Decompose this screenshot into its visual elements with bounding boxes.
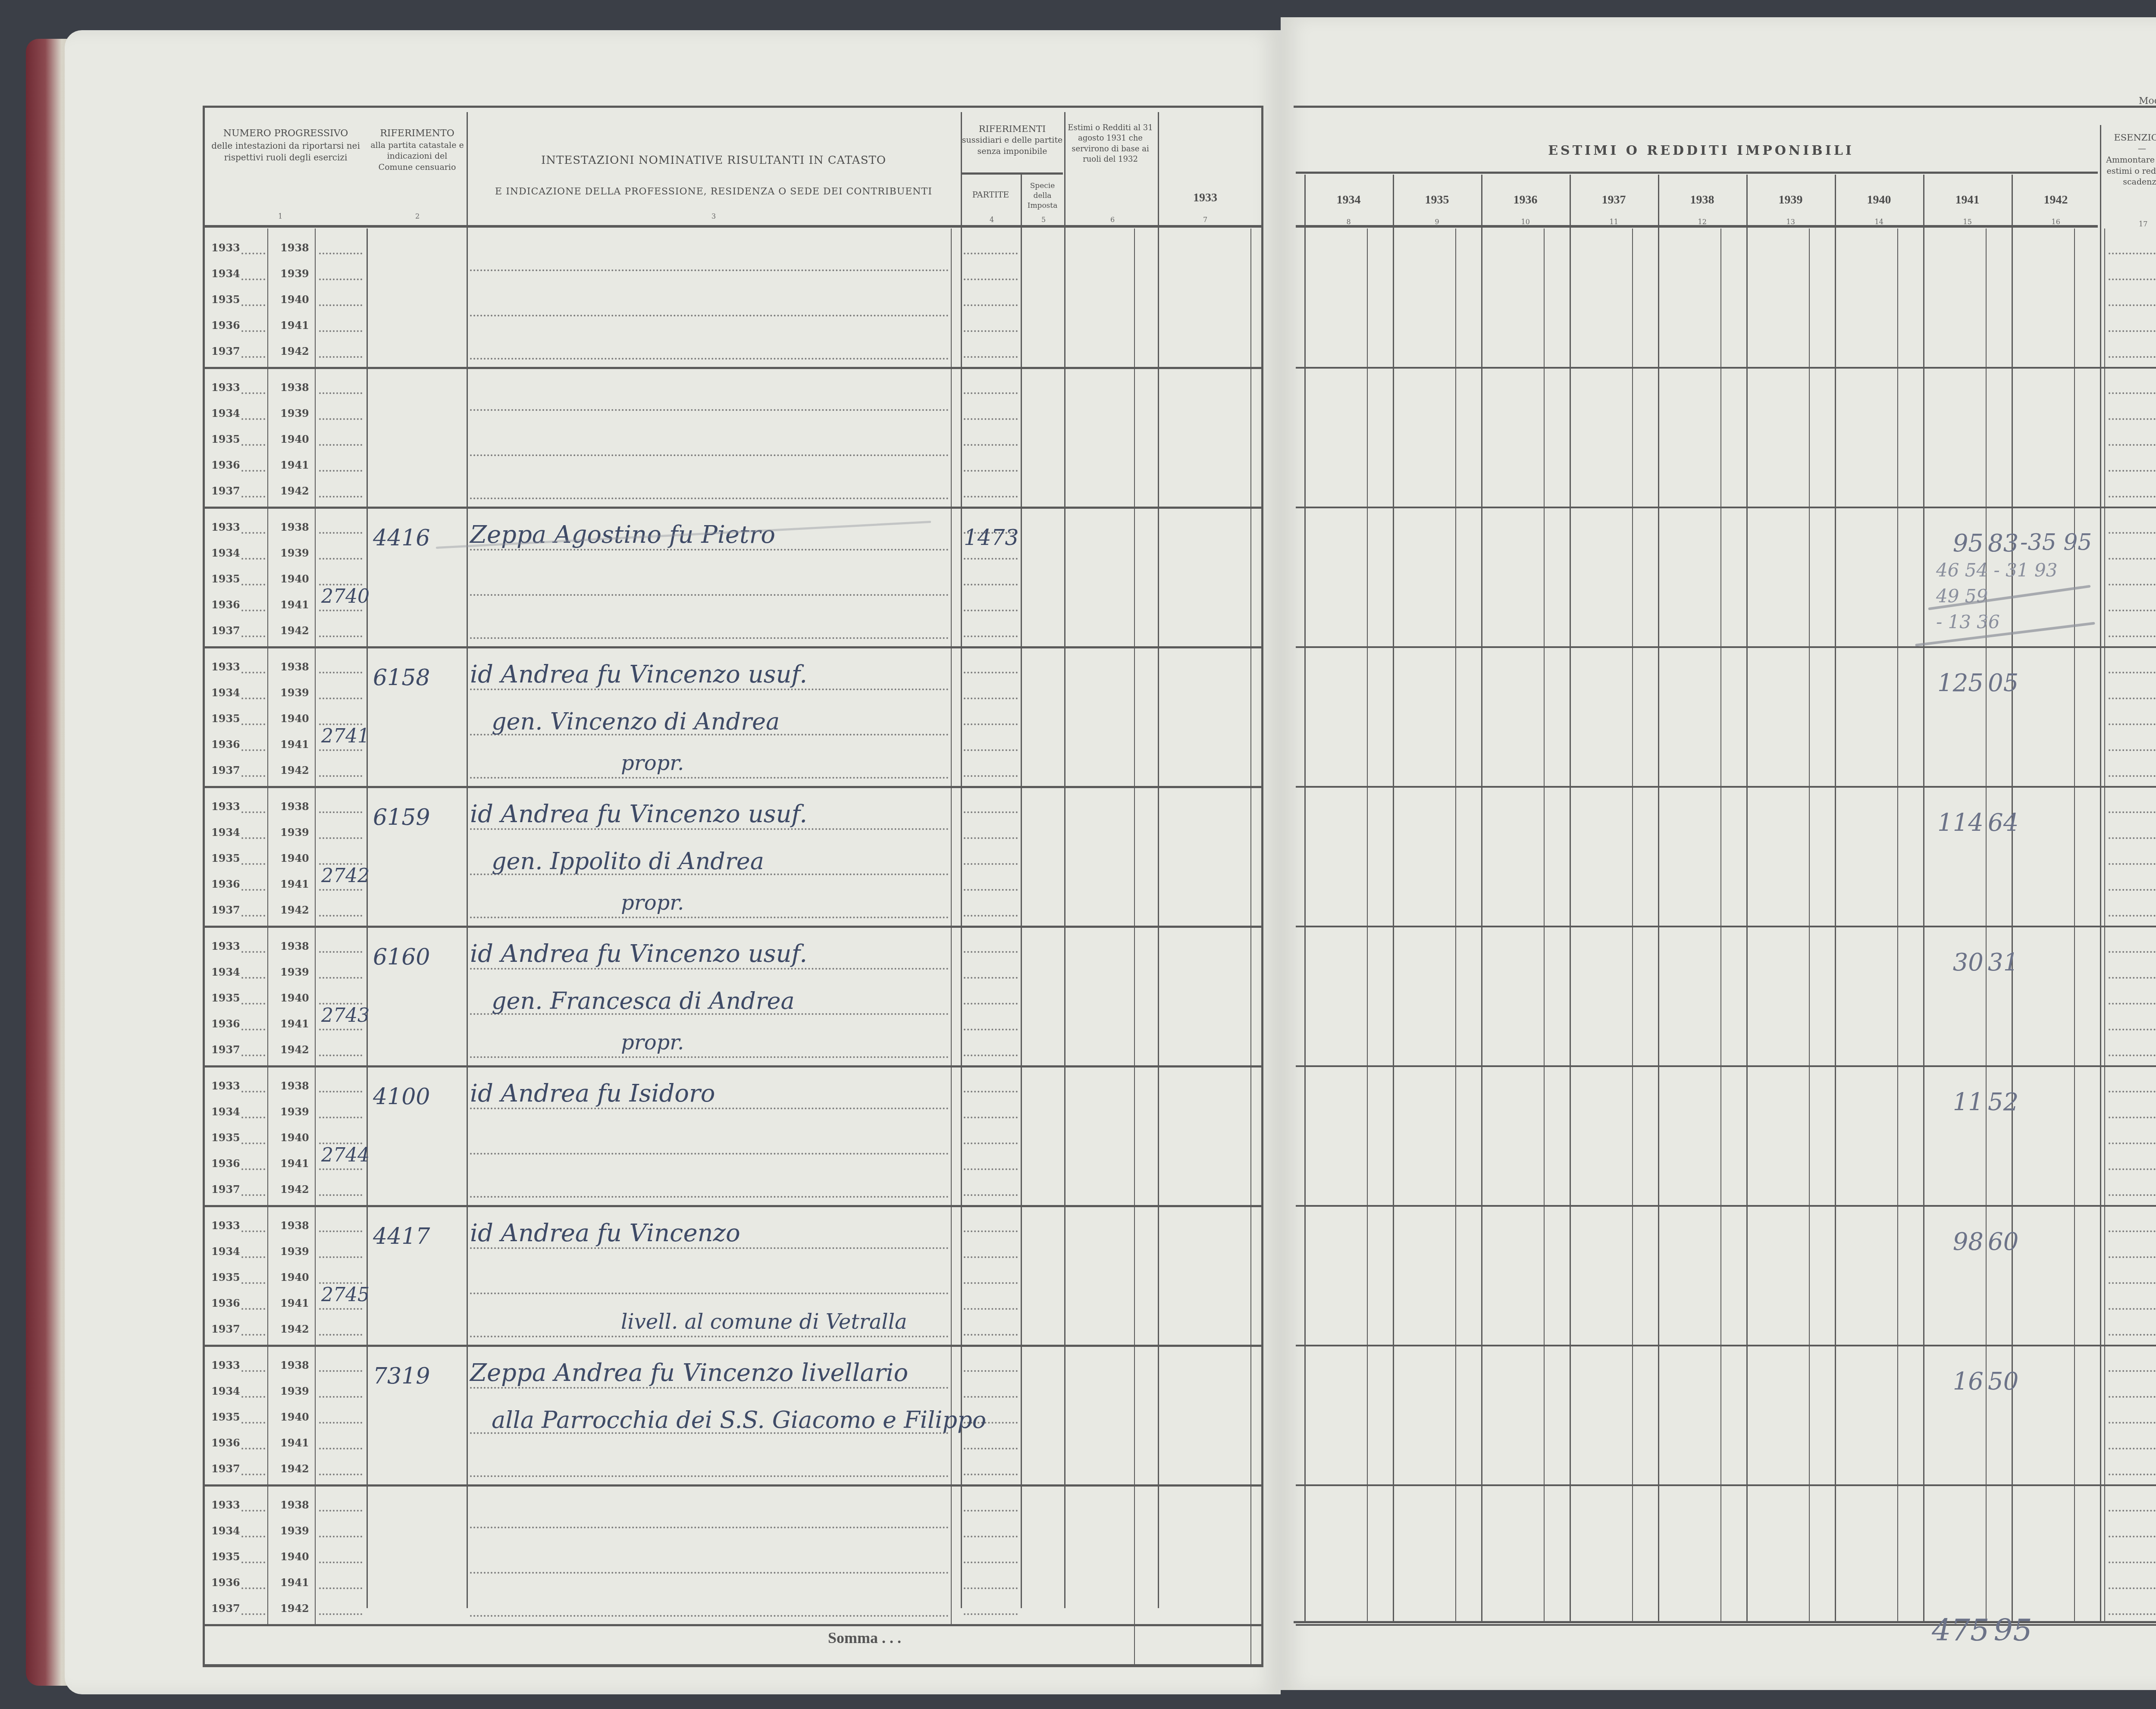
dotted-rule bbox=[2109, 470, 2156, 472]
year-label: 1938 bbox=[280, 521, 309, 533]
dotted-rule bbox=[2109, 863, 2156, 865]
dotted-rule bbox=[964, 1562, 1018, 1563]
year-label: 1935 bbox=[211, 852, 240, 864]
dotted-rule bbox=[241, 1562, 265, 1563]
dotted-rule bbox=[319, 496, 362, 498]
dotted-rule bbox=[964, 698, 1018, 699]
dotted-rule bbox=[470, 549, 949, 551]
estimo-1941-decimal: 64 bbox=[1988, 809, 2018, 837]
dotted-rule bbox=[470, 637, 949, 639]
year-label: 1938 bbox=[280, 1080, 309, 1092]
year-label: 1938 bbox=[280, 1219, 309, 1232]
dotted-rule bbox=[319, 330, 362, 332]
header-col5: Specie della Imposta bbox=[1022, 181, 1063, 211]
year-label: 1935 bbox=[211, 1131, 240, 1144]
dotted-rule bbox=[964, 1536, 1018, 1537]
row-divider bbox=[203, 1065, 1263, 1067]
dotted-rule bbox=[241, 304, 265, 306]
dotted-rule bbox=[964, 1510, 1018, 1512]
year-label: 1939 bbox=[280, 1524, 309, 1537]
dotted-rule bbox=[964, 1334, 1018, 1336]
dotted-rule bbox=[470, 498, 949, 499]
year-label: 1938 bbox=[280, 1499, 309, 1511]
dotted-rule bbox=[2109, 304, 2156, 306]
dotted-rule bbox=[2109, 610, 2156, 611]
year-label: 1940 bbox=[280, 1411, 309, 1423]
year-label: 1934 bbox=[211, 1245, 240, 1258]
row-divider bbox=[1296, 507, 2156, 508]
dotted-rule bbox=[319, 1256, 362, 1258]
year-label: 1935 bbox=[211, 992, 240, 1004]
row-divider bbox=[203, 1205, 1263, 1207]
estimo-1941-decimal: 83 bbox=[1988, 529, 2018, 557]
year-label: 1935 bbox=[211, 573, 240, 585]
dotted-rule bbox=[2109, 1613, 2156, 1615]
dotted-rule bbox=[470, 454, 949, 456]
year-label: 1940 bbox=[280, 712, 309, 725]
dotted-rule bbox=[319, 532, 362, 534]
year-label: 1942 bbox=[280, 904, 309, 916]
dotted-rule bbox=[470, 1056, 949, 1058]
dotted-rule bbox=[2109, 749, 2156, 751]
dotted-rule bbox=[319, 672, 362, 673]
column-rule bbox=[1158, 112, 1159, 1608]
dotted-rule bbox=[2109, 330, 2156, 332]
dotted-rule bbox=[964, 723, 1018, 725]
dotted-rule bbox=[470, 1572, 949, 1574]
dotted-rule bbox=[319, 279, 362, 280]
dotted-rule bbox=[964, 1370, 1018, 1372]
year-label: 1942 bbox=[280, 1602, 309, 1615]
year-label: 1940 bbox=[280, 992, 309, 1004]
estimo-1941-decimal: 05 bbox=[1988, 669, 2018, 697]
somma-divider bbox=[203, 1665, 1263, 1667]
row-divider bbox=[203, 367, 1263, 369]
year-label: 1941 bbox=[280, 1297, 309, 1309]
dotted-rule bbox=[319, 1536, 362, 1537]
dotted-rule bbox=[241, 698, 265, 699]
row-divider bbox=[1296, 926, 2156, 927]
dotted-rule bbox=[964, 1091, 1018, 1092]
dotted-rule bbox=[964, 496, 1018, 498]
intestazione-line-2: gen. Francesca di Andrea bbox=[492, 987, 795, 1014]
column-rule bbox=[1064, 112, 1065, 1608]
dotted-rule bbox=[241, 723, 265, 725]
dotted-rule bbox=[241, 1474, 265, 1475]
year-label: 1935 bbox=[211, 1271, 240, 1283]
year-label: 1939 bbox=[280, 1245, 309, 1258]
year-label: 1942 bbox=[280, 624, 309, 637]
dotted-rule bbox=[241, 915, 265, 917]
dotted-rule bbox=[964, 1117, 1018, 1118]
dotted-rule bbox=[2109, 672, 2156, 673]
column-rule bbox=[1134, 228, 1135, 1664]
partita-reference: 6158 bbox=[373, 665, 430, 691]
dotted-rule bbox=[319, 1448, 362, 1449]
dotted-rule bbox=[2109, 496, 2156, 498]
intestazione-line-3: propr. bbox=[621, 1030, 684, 1055]
partita-reference: 6160 bbox=[373, 944, 430, 970]
year-label: 1939 bbox=[280, 826, 309, 839]
dotted-rule bbox=[964, 915, 1018, 917]
column-rule bbox=[1393, 175, 1394, 1623]
dotted-rule bbox=[2109, 1334, 2156, 1336]
dotted-rule bbox=[2109, 1587, 2156, 1589]
dotted-rule bbox=[964, 356, 1018, 358]
header-year-1942: 1942 bbox=[2012, 192, 2100, 208]
col5-number: 5 bbox=[1039, 216, 1048, 224]
dotted-rule bbox=[319, 1370, 362, 1372]
year-label: 1939 bbox=[280, 267, 309, 280]
dotted-rule bbox=[2109, 1256, 2156, 1258]
dotted-rule bbox=[241, 1536, 265, 1537]
year-label: 1933 bbox=[211, 660, 240, 673]
year-label: 1940 bbox=[280, 433, 309, 445]
total-1941: 47595 bbox=[1932, 1612, 2032, 1648]
dotted-rule bbox=[470, 1336, 949, 1337]
dotted-rule bbox=[319, 889, 362, 891]
column-rule bbox=[1481, 175, 1482, 1623]
dotted-rule bbox=[2109, 698, 2156, 699]
dotted-rule bbox=[241, 977, 265, 979]
year-label: 1934 bbox=[211, 686, 240, 699]
year-label: 1933 bbox=[211, 241, 240, 254]
progressive-number: 2744 bbox=[321, 1144, 370, 1166]
dotted-rule bbox=[2109, 392, 2156, 394]
year-label: 1934 bbox=[211, 826, 240, 839]
dotted-rule bbox=[319, 610, 362, 611]
dotted-rule bbox=[319, 1230, 362, 1232]
year-label: 1934 bbox=[211, 1524, 240, 1537]
dotted-rule bbox=[319, 1396, 362, 1398]
header-year-1936: 1936 bbox=[1481, 192, 1570, 208]
dotted-rule bbox=[319, 977, 362, 979]
dotted-rule bbox=[2109, 1370, 2156, 1372]
dotted-rule bbox=[2109, 584, 2156, 585]
dotted-rule bbox=[2109, 279, 2156, 280]
dotted-rule bbox=[964, 775, 1018, 777]
dotted-rule bbox=[319, 392, 362, 394]
intestazione-line-3: propr. bbox=[621, 891, 684, 915]
dotted-rule bbox=[2109, 1029, 2156, 1030]
dotted-rule bbox=[964, 1613, 1018, 1615]
dotted-rule bbox=[2109, 444, 2156, 446]
dotted-rule bbox=[319, 1562, 362, 1563]
dotted-rule bbox=[319, 418, 362, 420]
dotted-rule bbox=[241, 1029, 265, 1030]
dotted-rule bbox=[241, 356, 265, 358]
progressive-number: 2743 bbox=[321, 1005, 370, 1027]
year-label: 1940 bbox=[280, 573, 309, 585]
dotted-rule bbox=[964, 330, 1018, 332]
dotted-rule bbox=[319, 837, 362, 839]
dotted-rule bbox=[241, 749, 265, 751]
year-label: 1940 bbox=[280, 1131, 309, 1144]
dotted-rule bbox=[2109, 1282, 2156, 1284]
dotted-rule bbox=[470, 1615, 949, 1617]
dotted-rule bbox=[319, 1029, 362, 1030]
dotted-rule bbox=[470, 1153, 949, 1155]
column-rule bbox=[1304, 175, 1306, 1623]
intestazione-line-1: id Andrea fu Vincenzo bbox=[470, 1219, 740, 1247]
dotted-rule bbox=[964, 1142, 1018, 1144]
intestazione-line-1: Zeppa Andrea fu Vincenzo livellario bbox=[470, 1359, 908, 1387]
dotted-rule bbox=[964, 610, 1018, 611]
year-label: 1938 bbox=[280, 800, 309, 813]
dotted-rule bbox=[964, 418, 1018, 420]
dotted-rule bbox=[241, 1003, 265, 1005]
row-divider bbox=[1296, 1205, 2156, 1207]
year-label: 1934 bbox=[211, 267, 240, 280]
dotted-rule bbox=[241, 1613, 265, 1615]
year-label: 1937 bbox=[211, 764, 240, 776]
dotted-rule bbox=[470, 689, 949, 690]
dotted-rule bbox=[2109, 1448, 2156, 1449]
col7-number: 7 bbox=[1201, 216, 1210, 224]
year-label: 1941 bbox=[280, 1017, 309, 1030]
col1-number: 1 bbox=[276, 212, 285, 220]
dotted-rule bbox=[470, 917, 949, 918]
row-divider bbox=[1296, 1065, 2156, 1067]
dotted-rule bbox=[964, 1474, 1018, 1475]
dotted-rule bbox=[241, 863, 265, 865]
dotted-rule bbox=[964, 1055, 1018, 1056]
dotted-rule bbox=[319, 1168, 362, 1170]
dotted-rule bbox=[319, 1587, 362, 1589]
dotted-rule bbox=[470, 358, 949, 360]
dotted-rule bbox=[319, 1474, 362, 1475]
intestazione-line-2: gen. Ippolito di Andrea bbox=[492, 848, 764, 875]
dotted-rule bbox=[2109, 532, 2156, 534]
estimo-1941-integer: 30 bbox=[1934, 948, 1984, 977]
dotted-rule bbox=[2109, 1562, 2156, 1563]
year-label: 1941 bbox=[280, 319, 309, 332]
row-divider bbox=[203, 786, 1263, 788]
dotted-rule bbox=[241, 951, 265, 953]
estimo-1941-decimal: 50 bbox=[1988, 1368, 2018, 1396]
dotted-rule bbox=[319, 304, 362, 306]
dotted-rule bbox=[241, 1091, 265, 1092]
year-label: 1941 bbox=[280, 738, 309, 751]
dotted-rule bbox=[964, 1230, 1018, 1232]
dotted-rule bbox=[241, 1282, 265, 1284]
dotted-rule bbox=[2109, 811, 2156, 813]
dotted-rule bbox=[2109, 723, 2156, 725]
dotted-rule bbox=[319, 1308, 362, 1310]
somma-label: Somma . . . bbox=[828, 1629, 901, 1647]
estimo-crossed-value: 46 54 - 31 93 bbox=[1936, 560, 2057, 581]
dotted-rule bbox=[319, 1510, 362, 1512]
year-label: 1937 bbox=[211, 1602, 240, 1615]
row-divider bbox=[1296, 786, 2156, 788]
dotted-rule bbox=[241, 1194, 265, 1196]
column-rule bbox=[1835, 175, 1836, 1623]
estimo-1941-decimal: 31 bbox=[1988, 948, 2018, 977]
dotted-rule bbox=[470, 1293, 949, 1294]
dotted-rule bbox=[470, 269, 949, 271]
year-label: 1933 bbox=[211, 381, 240, 394]
row-divider bbox=[1296, 1484, 2156, 1486]
dotted-rule bbox=[2109, 1091, 2156, 1092]
column-rule bbox=[2100, 125, 2101, 1623]
partita-reference: 6159 bbox=[373, 804, 430, 830]
header-divider-left bbox=[203, 225, 1263, 228]
column-rule bbox=[1746, 175, 1748, 1623]
partite-value: 1473 bbox=[964, 525, 1018, 550]
dotted-rule bbox=[241, 775, 265, 777]
year-label: 1936 bbox=[211, 1157, 240, 1170]
year-label: 1938 bbox=[280, 381, 309, 394]
dotted-rule bbox=[2109, 1194, 2156, 1196]
year-label: 1939 bbox=[280, 1385, 309, 1397]
year-label: 1936 bbox=[211, 878, 240, 890]
dotted-rule bbox=[964, 1282, 1018, 1284]
dotted-rule bbox=[964, 279, 1018, 280]
dotted-rule bbox=[964, 1168, 1018, 1170]
year-label: 1936 bbox=[211, 1437, 240, 1449]
year-label: 1936 bbox=[211, 738, 240, 751]
dotted-rule bbox=[470, 1247, 949, 1249]
form-model-label: Mod. 111 - Imposte Dirette (Intercalare)… bbox=[2139, 96, 2156, 106]
dotted-rule bbox=[964, 558, 1018, 560]
dotted-rule bbox=[241, 1055, 265, 1056]
dotted-rule bbox=[241, 418, 265, 420]
year-label: 1933 bbox=[211, 800, 240, 813]
riferimenti-divider bbox=[962, 172, 1063, 175]
dotted-rule bbox=[241, 444, 265, 446]
year-label: 1941 bbox=[280, 1437, 309, 1449]
dotted-rule bbox=[241, 1396, 265, 1398]
dotted-rule bbox=[241, 584, 265, 585]
year-label: 1936 bbox=[211, 1297, 240, 1309]
col2-number: 2 bbox=[413, 212, 422, 220]
column-rule bbox=[1923, 175, 1924, 1623]
year-label: 1936 bbox=[211, 598, 240, 611]
dotted-rule bbox=[241, 279, 265, 280]
estimo-1941-integer: 114 bbox=[1934, 809, 1984, 837]
intestazione-line-1: id Andrea fu Vincenzo usuf. bbox=[470, 800, 807, 828]
dotted-rule bbox=[241, 1168, 265, 1170]
col4-number: 4 bbox=[987, 216, 996, 224]
year-label: 1936 bbox=[211, 459, 240, 471]
dotted-rule bbox=[2109, 837, 2156, 839]
dotted-rule bbox=[241, 253, 265, 254]
dotted-rule bbox=[2109, 1510, 2156, 1512]
estimo-1941-decimal: 60 bbox=[1988, 1228, 2018, 1256]
year-label: 1942 bbox=[280, 345, 309, 357]
estimo-1941-integer: 95 bbox=[1934, 529, 1984, 557]
year-label: 1938 bbox=[280, 1359, 309, 1371]
dotted-rule bbox=[241, 610, 265, 611]
dotted-rule bbox=[2109, 1168, 2156, 1170]
year-label: 1937 bbox=[211, 1462, 240, 1475]
dotted-rule bbox=[964, 749, 1018, 751]
row-divider bbox=[203, 926, 1263, 928]
header-col3: INTESTAZIONI NOMINATIVE RISULTANTI IN CA… bbox=[468, 153, 959, 198]
year-label: 1937 bbox=[211, 345, 240, 357]
year-label: 1941 bbox=[280, 1576, 309, 1589]
dotted-rule bbox=[2109, 915, 2156, 917]
year-label: 1941 bbox=[280, 1157, 309, 1170]
row-divider bbox=[203, 1484, 1263, 1487]
partita-reference: 7319 bbox=[373, 1363, 430, 1389]
year-label: 1940 bbox=[280, 852, 309, 864]
partita-reference: 4416 bbox=[373, 525, 430, 551]
dotted-rule bbox=[2109, 1536, 2156, 1537]
dotted-rule bbox=[2109, 1142, 2156, 1144]
dotted-rule bbox=[319, 1334, 362, 1336]
dotted-rule bbox=[964, 1587, 1018, 1589]
year-label: 1937 bbox=[211, 1183, 240, 1196]
dotted-rule bbox=[241, 558, 265, 560]
header-col1: NUMERO PROGRESSIVO delle intestazioni da… bbox=[205, 127, 367, 163]
year-label: 1941 bbox=[280, 598, 309, 611]
column-rule bbox=[1021, 172, 1022, 1608]
progressive-number: 2740 bbox=[321, 585, 370, 607]
dotted-rule bbox=[2109, 775, 2156, 777]
dotted-rule bbox=[2109, 1230, 2156, 1232]
header-year-1937: 1937 bbox=[1570, 192, 1658, 208]
intestazione-line-1: id Andrea fu Vincenzo usuf. bbox=[470, 940, 807, 968]
intestazione-line-1: id Andrea fu Vincenzo usuf. bbox=[470, 660, 807, 689]
dotted-rule bbox=[2109, 1474, 2156, 1475]
dotted-rule bbox=[470, 1108, 949, 1109]
year-label: 1942 bbox=[280, 764, 309, 776]
estimo-1942-adjustment: -35 95 bbox=[2020, 529, 2092, 555]
dotted-rule bbox=[2109, 1117, 2156, 1118]
partita-reference: 4100 bbox=[373, 1084, 430, 1110]
dotted-rule bbox=[964, 1396, 1018, 1398]
year-label: 1934 bbox=[211, 1105, 240, 1118]
dotted-rule bbox=[241, 889, 265, 891]
dotted-rule bbox=[319, 951, 362, 953]
dotted-rule bbox=[2109, 356, 2156, 358]
dotted-rule bbox=[2109, 1308, 2156, 1310]
dotted-rule bbox=[2109, 635, 2156, 637]
dotted-rule bbox=[2109, 951, 2156, 953]
year-label: 1933 bbox=[211, 1499, 240, 1511]
year-label: 1941 bbox=[280, 878, 309, 890]
dotted-rule bbox=[2109, 977, 2156, 979]
dotted-rule bbox=[2109, 558, 2156, 560]
dotted-rule bbox=[319, 444, 362, 446]
dotted-rule bbox=[470, 1527, 949, 1528]
estimo-1941-decimal: 52 bbox=[1988, 1088, 2018, 1116]
dotted-rule bbox=[319, 356, 362, 358]
dotted-rule bbox=[241, 672, 265, 673]
dotted-rule bbox=[470, 594, 949, 596]
dotted-rule bbox=[319, 1055, 362, 1056]
dotted-rule bbox=[241, 1422, 265, 1424]
header-year-1939: 1939 bbox=[1746, 192, 1835, 208]
year-label: 1933 bbox=[211, 940, 240, 952]
dotted-rule bbox=[964, 1194, 1018, 1196]
year-label: 1935 bbox=[211, 1411, 240, 1423]
dotted-rule bbox=[2109, 1396, 2156, 1398]
year-label: 1939 bbox=[280, 1105, 309, 1118]
dotted-rule bbox=[241, 496, 265, 498]
register-table-right bbox=[1294, 106, 2156, 1623]
partita-reference: 4417 bbox=[373, 1224, 430, 1249]
year-label: 1934 bbox=[211, 547, 240, 559]
col17-number: 17 bbox=[2139, 220, 2147, 228]
dotted-rule bbox=[241, 1256, 265, 1258]
dotted-rule bbox=[470, 1387, 949, 1389]
dotted-rule bbox=[319, 1194, 362, 1196]
dotted-rule bbox=[964, 837, 1018, 839]
year-label: 1933 bbox=[211, 1359, 240, 1371]
dotted-rule bbox=[964, 253, 1018, 254]
